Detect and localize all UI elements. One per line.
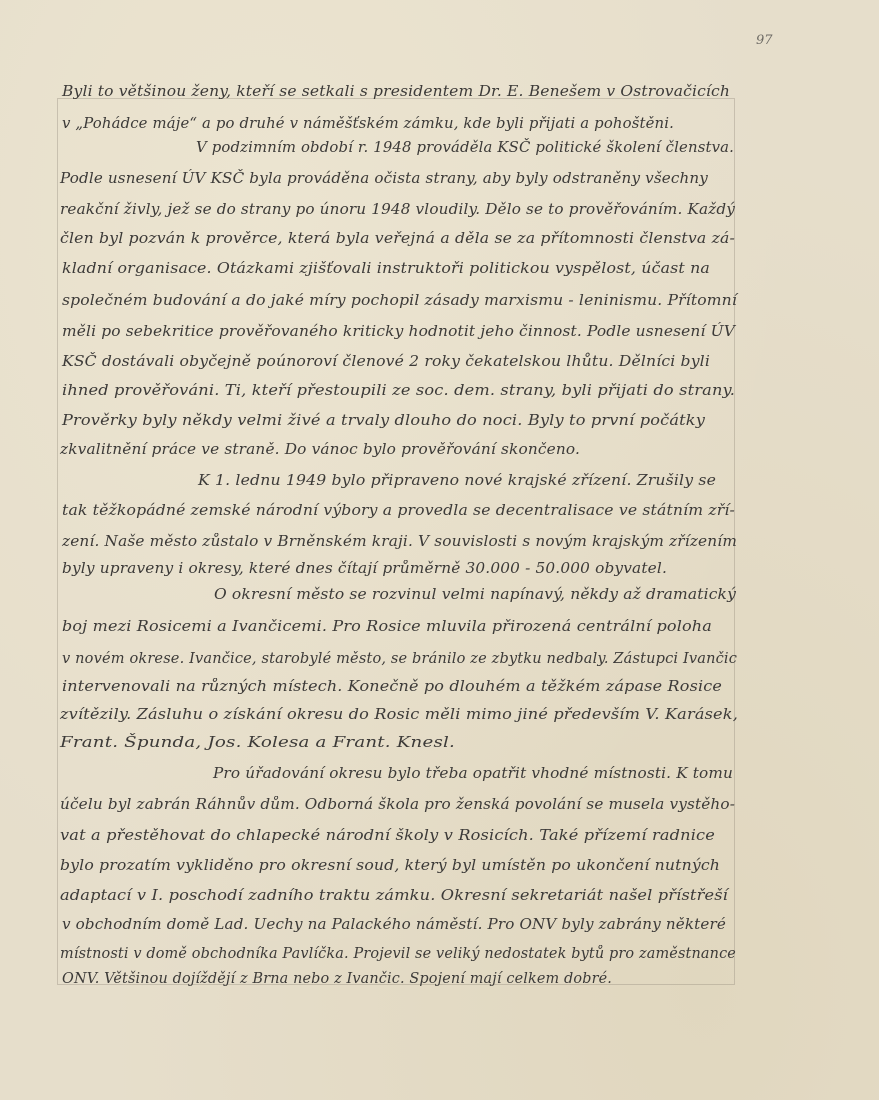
handwritten-line: byly upraveny i okresy, které dnes čítaj…: [62, 561, 667, 577]
handwritten-line: intervenovali na různých místech. Konečn…: [62, 679, 722, 695]
handwritten-line: O okresní město se rozvinul velmi napína…: [214, 587, 736, 603]
handwritten-line: člen byl pozván k prověrce, která byla v…: [60, 231, 735, 247]
handwritten-line: Byli to většinou ženy, kteří se setkali …: [62, 84, 730, 100]
handwritten-line: v „Pohádce máje“ a po druhé v náměšťském…: [62, 116, 674, 132]
handwritten-line: reakční živly, jež se do strany po únoru…: [60, 202, 735, 218]
handwritten-line: zkvalitnění práce ve straně. Do vánoc by…: [60, 442, 580, 458]
handwritten-line: bylo prozatím vykliděno pro okresní soud…: [60, 858, 720, 874]
handwritten-line: Prověrky byly někdy velmi živé a trvaly …: [62, 413, 705, 429]
handwritten-line: v novém okrese. Ivančice, starobylé měst…: [62, 651, 737, 667]
handwritten-line: vat a přestěhovat do chlapecké národní š…: [60, 828, 715, 844]
handwritten-line: boj mezi Rosicemi a Ivančicemi. Pro Rosi…: [62, 619, 712, 635]
handwritten-line: zvítězily. Zásluhu o získání okresu do R…: [60, 707, 738, 723]
handwritten-line: Podle usnesení ÚV KSČ byla prováděna oči…: [60, 171, 708, 187]
handwritten-line: KSČ dostávali obyčejně poúnoroví členové…: [62, 354, 710, 370]
handwritten-line: Pro úřadování okresu bylo třeba opatřit …: [213, 766, 733, 782]
handwritten-line: Frant. Špunda, Jos. Kolesa a Frant. Knes…: [60, 735, 455, 751]
handwritten-line: v obchodním domě Lad. Uechy na Palackého…: [62, 917, 726, 933]
handwritten-line: kladní organisace. Otázkami zjišťovali i…: [62, 261, 710, 277]
handwritten-line: měli po sebekritice prověřovaného kritic…: [62, 324, 735, 340]
handwritten-line: místnosti v domě obchodníka Pavlíčka. Pr…: [60, 946, 736, 962]
manuscript-page: 97 Byli to většinou ženy, kteří se setka…: [0, 0, 879, 1100]
handwritten-line: K 1. lednu 1949 bylo připraveno nové kra…: [198, 473, 716, 489]
handwritten-line: zení. Naše město zůstalo v Brněnském kra…: [62, 534, 737, 550]
handwritten-line: ONV. Většinou dojíždějí z Brna nebo z Iv…: [62, 971, 612, 987]
handwritten-line: společném budování a do jaké míry pochop…: [62, 293, 737, 309]
page-number: 97: [756, 33, 773, 48]
handwritten-line: účelu byl zabrán Ráhnův dům. Odborná ško…: [60, 797, 735, 813]
handwritten-line: adaptací v I. poschodí zadního traktu zá…: [60, 888, 728, 904]
handwritten-line: tak těžkopádné zemské národní výbory a p…: [62, 503, 735, 519]
handwritten-line: V podzimním období r. 1948 prováděla KSČ…: [196, 140, 734, 156]
handwritten-line: ihned prověřováni. Ti, kteří přestoupili…: [62, 383, 735, 399]
